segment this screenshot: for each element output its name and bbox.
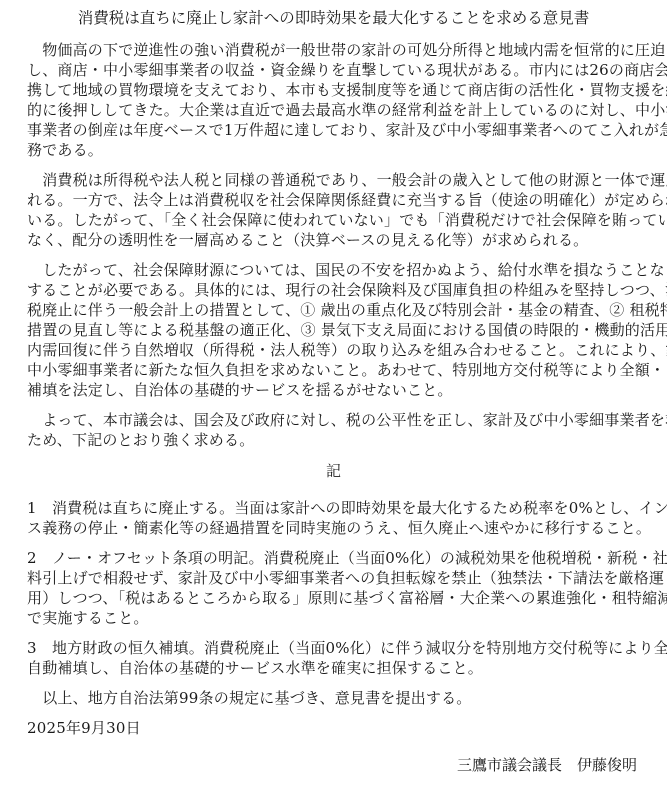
- paragraph-3: したがって、社会保障財源については、国民の不安を招かぬよう、給付水準を損なうこと…: [27, 260, 639, 400]
- text-line: ス義務の停止・簡素化等の経過措置を同時実施のうえ、恒久廃止へ速やかに移行すること…: [27, 518, 639, 538]
- text-line: することが必要である。具体的には、現行の社会保険料及び国庫負担の枠組みを堅持しつ…: [27, 280, 639, 300]
- text-line: 的に後押ししてきた。大企業は直近で過去最高水準の経常利益を計上しているのに対し、…: [27, 100, 639, 120]
- text-line: 料引上げで相殺せず、家計及び中小零細事業者への負担転嫁を禁止（独禁法・下請法を厳…: [27, 568, 639, 588]
- text-line: 以上、地方自治法第99条の規定に基づき、意見書を提出する。: [27, 688, 639, 708]
- text-line: 補填を法定し、自治体の基礎的サービスを揺るがせないこと。: [27, 380, 639, 400]
- paragraph-1: 物価高の下で逆進性の強い消費税が一般世帯の家計の可処分所得と地域内需を恒常的に圧…: [27, 40, 639, 160]
- text-line: 消費税は所得税や法人税と同様の普通税であり、一般会計の歳入として他の財源と一体で…: [27, 170, 639, 190]
- ki-heading: 記: [0, 460, 667, 481]
- text-line: 措置の見直し等による税基盤の適正化、③ 景気下支え局面における国債の時限的・機動…: [27, 320, 639, 340]
- item-1: 1 消費税は直ちに廃止する。当面は家計への即時効果を最大化するため税率を0%とし…: [27, 498, 639, 538]
- text-line: 税廃止に伴う一般会計上の措置として、① 歳出の重点化及び特別会計・基金の精査、②…: [27, 300, 639, 320]
- text-line: し、商店・中小零細事業者の収益・資金繰りを直撃している現状がある。市内には26の…: [27, 60, 639, 80]
- text-line: 携して地域の買物環境を支えており、本市も支援制度等を通じて商店街の活性化・買物支…: [27, 80, 639, 100]
- text-line: 事業者の倒産は年度ベースで1万件超に達しており、家計及び中小零細事業者へのてこ入…: [27, 120, 639, 140]
- text-line: 務である。: [27, 140, 639, 160]
- text-line: よって、本市議会は、国会及び政府に対し、税の公平性を正し、家計及び中小零細事業者…: [27, 410, 639, 430]
- closing-statement: 以上、地方自治法第99条の規定に基づき、意見書を提出する。: [27, 688, 639, 708]
- date: 2025年9月30日: [27, 718, 639, 738]
- paragraph-2: 消費税は所得税や法人税と同様の普通税であり、一般会計の歳入として他の財源と一体で…: [27, 170, 639, 250]
- item-2: 2 ノー・オフセット条項の明記。消費税廃止（当面0%化）の減税効果を他税増税・新…: [27, 548, 639, 628]
- text-line: 用）しつつ、「税はあるところから取る」原則に基づく富裕層・大企業への累進強化・租…: [27, 588, 639, 608]
- text-line: 3 地方財政の恒久補填。消費税廃止（当面0%化）に伴う減収分を特別地方交付税等に…: [27, 638, 639, 658]
- paragraph-4: よって、本市議会は、国会及び政府に対し、税の公平性を正し、家計及び中小零細事業者…: [27, 410, 639, 450]
- signature: 三鷹市議会議長 伊藤俊明: [457, 754, 637, 775]
- text-line: したがって、社会保障財源については、国民の不安を招かぬよう、給付水準を損なうこと…: [27, 260, 639, 280]
- text-line: れる。一方で、法令上は消費税収を社会保障関係経費に充当する旨（使途の明確化）が定…: [27, 190, 639, 210]
- item-3: 3 地方財政の恒久補填。消費税廃止（当面0%化）に伴う減収分を特別地方交付税等に…: [27, 638, 639, 678]
- text-line: 物価高の下で逆進性の強い消費税が一般世帯の家計の可処分所得と地域内需を恒常的に圧…: [27, 40, 639, 60]
- text-line: なく、配分の透明性を一層高めること（決算ベースの見える化等）が求められる。: [27, 230, 639, 250]
- text-line: 中小零細事業者に新たな恒久負担を求めないこと。あわせて、特別地方交付税等により全…: [27, 360, 639, 380]
- date-text: 2025年9月30日: [27, 718, 639, 738]
- text-line: 内需回復に伴う自然増収（所得税・法人税等）の取り込みを組み合わせること。これによ…: [27, 340, 639, 360]
- text-line: いる。したがって、「全く社会保障に使われていない」でも「消費税だけで社会保障を賄…: [27, 210, 639, 230]
- text-line: 2 ノー・オフセット条項の明記。消費税廃止（当面0%化）の減税効果を他税増税・新…: [27, 548, 639, 568]
- document-title: 消費税は直ちに廃止し家計への即時効果を最大化することを求める意見書: [0, 8, 667, 28]
- text-line: ため、下記のとおり強く求める。: [27, 430, 639, 450]
- text-line: で実施すること。: [27, 608, 639, 628]
- text-line: 1 消費税は直ちに廃止する。当面は家計への即時効果を最大化するため税率を0%とし…: [27, 498, 639, 518]
- text-line: 自動補填し、自治体の基礎的サービス水準を確実に担保すること。: [27, 658, 639, 678]
